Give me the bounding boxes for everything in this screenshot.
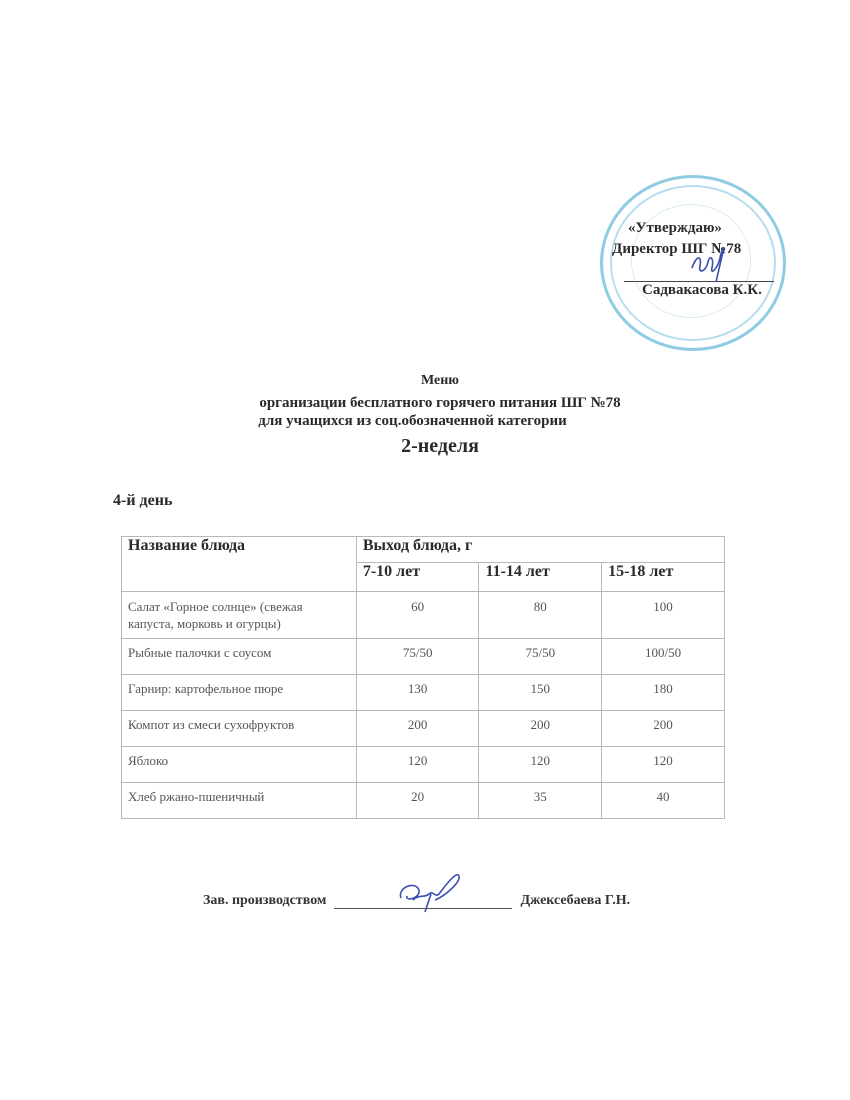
dish-name: Салат «Горное солнце» (свежая капуста, м… — [122, 592, 357, 639]
header-age-11-14: 11-14 лет — [479, 563, 602, 592]
yield-value: 75/50 — [479, 639, 602, 675]
yield-value: 200 — [602, 711, 725, 747]
yield-value: 180 — [602, 675, 725, 711]
table-row: Компот из смеси сухофруктов 200 200 200 — [122, 711, 725, 747]
yield-value: 60 — [356, 592, 479, 639]
table-header-row: Название блюда Выход блюда, г — [122, 537, 725, 563]
title-week: 2-неделя — [0, 434, 850, 458]
yield-value: 120 — [479, 747, 602, 783]
footer-name: Джексебаева Г.Н. — [520, 893, 630, 908]
table-row: Яблоко 120 120 120 — [122, 747, 725, 783]
yield-value: 35 — [479, 783, 602, 819]
director-signature-icon — [688, 238, 728, 284]
title-menu: Меню — [0, 372, 850, 390]
yield-value: 100 — [602, 592, 725, 639]
yield-value: 100/50 — [602, 639, 725, 675]
title-organization: организации бесплатного горячего питания… — [0, 394, 850, 412]
yield-value: 20 — [356, 783, 479, 819]
day-label: 4-й день — [113, 492, 172, 510]
header-age-15-18: 15-18 лет — [602, 563, 725, 592]
yield-value: 200 — [479, 711, 602, 747]
yield-value: 120 — [356, 747, 479, 783]
yield-value: 120 — [602, 747, 725, 783]
yield-value: 75/50 — [356, 639, 479, 675]
footer-role: Зав. производством — [203, 893, 326, 908]
table-row: Салат «Горное солнце» (свежая капуста, м… — [122, 592, 725, 639]
yield-value: 40 — [602, 783, 725, 819]
title-category: для учащихся из соц.обозначенной категор… — [0, 412, 850, 430]
header-age-7-10: 7-10 лет — [356, 563, 479, 592]
manager-signature-icon — [395, 868, 465, 913]
approval-label: «Утверждаю» — [604, 218, 784, 239]
dish-name: Яблоко — [122, 747, 357, 783]
dish-name: Рыбные палочки с соусом — [122, 639, 357, 675]
table-row: Хлеб ржано-пшеничный 20 35 40 — [122, 783, 725, 819]
header-dish-name: Название блюда — [122, 537, 357, 592]
yield-value: 80 — [479, 592, 602, 639]
table-row: Рыбные палочки с соусом 75/50 75/50 100/… — [122, 639, 725, 675]
table-row: Гарнир: картофельное пюре 130 150 180 — [122, 675, 725, 711]
yield-value: 150 — [479, 675, 602, 711]
document-title: Меню организации бесплатного горячего пи… — [0, 372, 850, 458]
yield-value: 130 — [356, 675, 479, 711]
yield-value: 200 — [356, 711, 479, 747]
dish-name: Хлеб ржано-пшеничный — [122, 783, 357, 819]
header-yield: Выход блюда, г — [356, 537, 724, 563]
dish-name: Гарнир: картофельное пюре — [122, 675, 357, 711]
menu-table: Название блюда Выход блюда, г 7-10 лет 1… — [121, 536, 725, 819]
dish-name: Компот из смеси сухофруктов — [122, 711, 357, 747]
